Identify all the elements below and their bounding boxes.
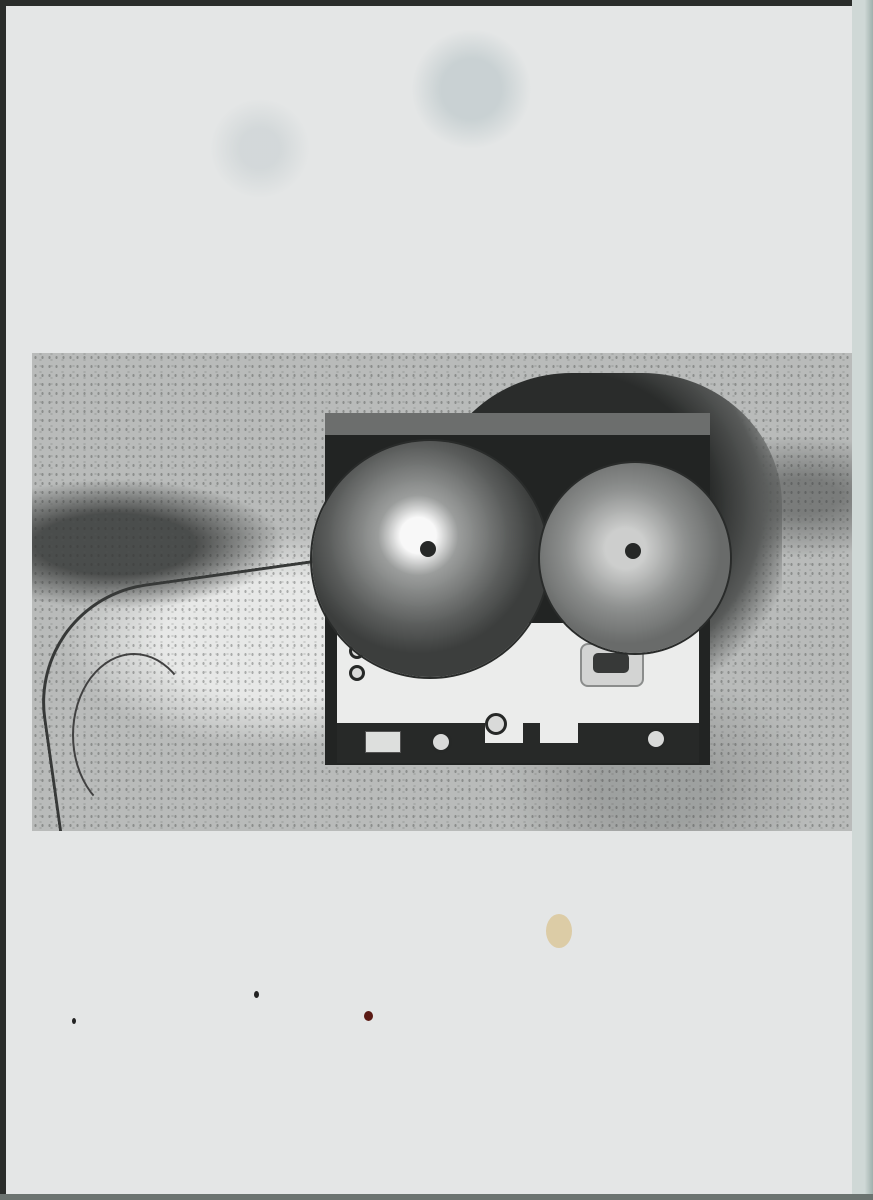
take-up-reel bbox=[540, 463, 730, 653]
transport-key bbox=[540, 723, 578, 743]
scan-edge bbox=[0, 1194, 873, 1200]
stain-mark bbox=[546, 914, 572, 948]
tape-recorder-photo bbox=[32, 353, 866, 831]
deck-top-edge bbox=[325, 413, 710, 435]
volume-knob bbox=[430, 731, 452, 753]
tone-knob bbox=[485, 713, 507, 735]
power-cable-loop bbox=[72, 653, 196, 817]
input-jack bbox=[349, 665, 365, 681]
reel-hub-icon bbox=[420, 541, 436, 557]
ink-spot bbox=[254, 991, 259, 998]
reel-hub-icon bbox=[625, 543, 641, 559]
supply-reel bbox=[312, 441, 548, 677]
speed-knob bbox=[645, 728, 667, 750]
tape-head-window bbox=[593, 653, 629, 673]
ink-spot bbox=[72, 1018, 76, 1024]
ink-spot bbox=[364, 1011, 373, 1021]
scan-edge bbox=[852, 0, 873, 1200]
scanned-page bbox=[6, 6, 852, 1194]
tape-counter bbox=[365, 731, 401, 753]
